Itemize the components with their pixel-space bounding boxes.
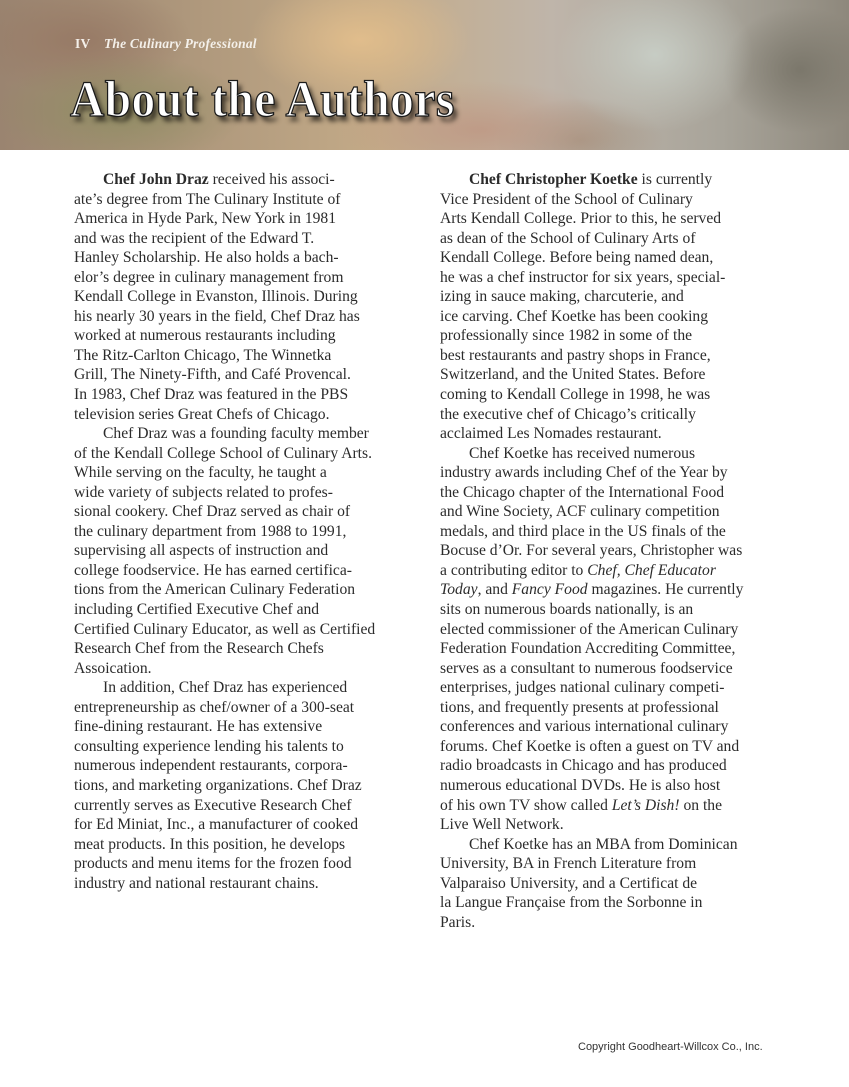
paragraph: Chef Koetke has received numerous indust… <box>440 444 776 835</box>
author-bio-christopher-koetke: Chef Christopher Koetke is currently Vic… <box>440 170 776 932</box>
page-number: IV <box>75 36 90 51</box>
running-head: IV The Culinary Professional <box>75 36 257 52</box>
copyright-notice: Copyright Goodheart-Willcox Co., Inc. <box>578 1041 763 1053</box>
author-name: Chef John Draz <box>103 171 209 188</box>
header-banner: IV The Culinary Professional About the A… <box>0 0 849 150</box>
author-bio-john-draz: Chef John Draz received his associ- ate’… <box>74 170 410 893</box>
paragraph: Chef Koetke has an MBA from Dominican Un… <box>440 835 776 933</box>
page-title: About the Authors <box>70 75 455 126</box>
show-title: Let’s Dish! <box>612 797 680 814</box>
paragraph: In addition, Chef Draz has experienced e… <box>74 678 410 893</box>
section-title: The Culinary Professional <box>104 36 257 51</box>
magazine-title: Fancy Food <box>512 581 588 598</box>
paragraph: Chef Draz was a founding faculty member … <box>74 424 410 678</box>
paragraph: Chef Christopher Koetke is currently Vic… <box>440 170 776 444</box>
paragraph: Chef John Draz received his associ- ate’… <box>74 170 410 424</box>
author-name: Chef Christopher Koetke <box>469 171 638 188</box>
magazine-title: Chef, Chef Educator <box>587 562 716 579</box>
magazine-title: Today <box>440 581 478 598</box>
